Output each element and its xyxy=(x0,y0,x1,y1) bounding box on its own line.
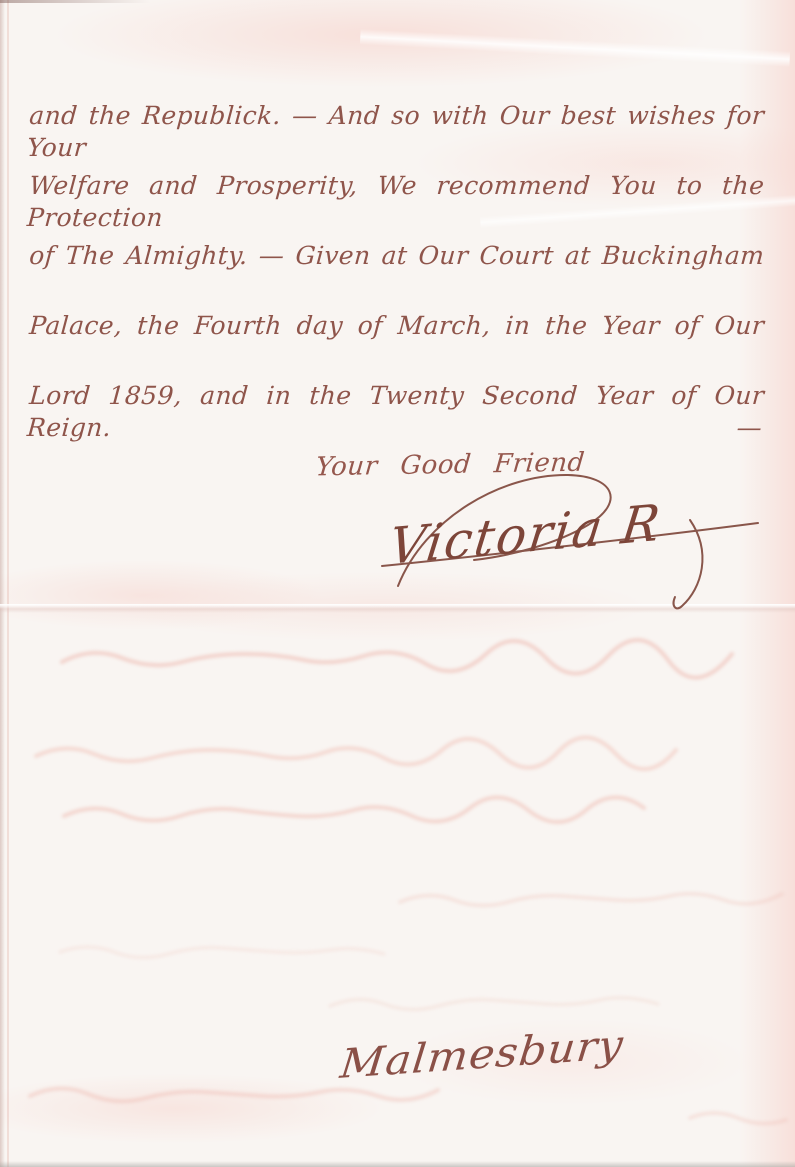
body-line-4: Palace, the Fourth day of March, in the … xyxy=(26,310,766,380)
body-line-3: of The Almighty. — Given at Our Court at… xyxy=(26,240,766,310)
scan-edge-top xyxy=(0,0,150,3)
scan-edge-bottom xyxy=(0,1161,795,1167)
letter-body: and the Republick. — And so with Our bes… xyxy=(28,100,763,450)
body-line-2: Welfare and Prosperity, We recommend You… xyxy=(26,170,766,240)
victoria-signature: Victoria R xyxy=(380,466,765,621)
letter-page: and the Republick. — And so with Our bes… xyxy=(0,0,795,1167)
paper-crease xyxy=(360,29,790,67)
body-line-1: and the Republick. — And so with Our bes… xyxy=(26,100,766,170)
body-line-5: Lord 1859, and in the Twenty Second Year… xyxy=(26,380,766,450)
